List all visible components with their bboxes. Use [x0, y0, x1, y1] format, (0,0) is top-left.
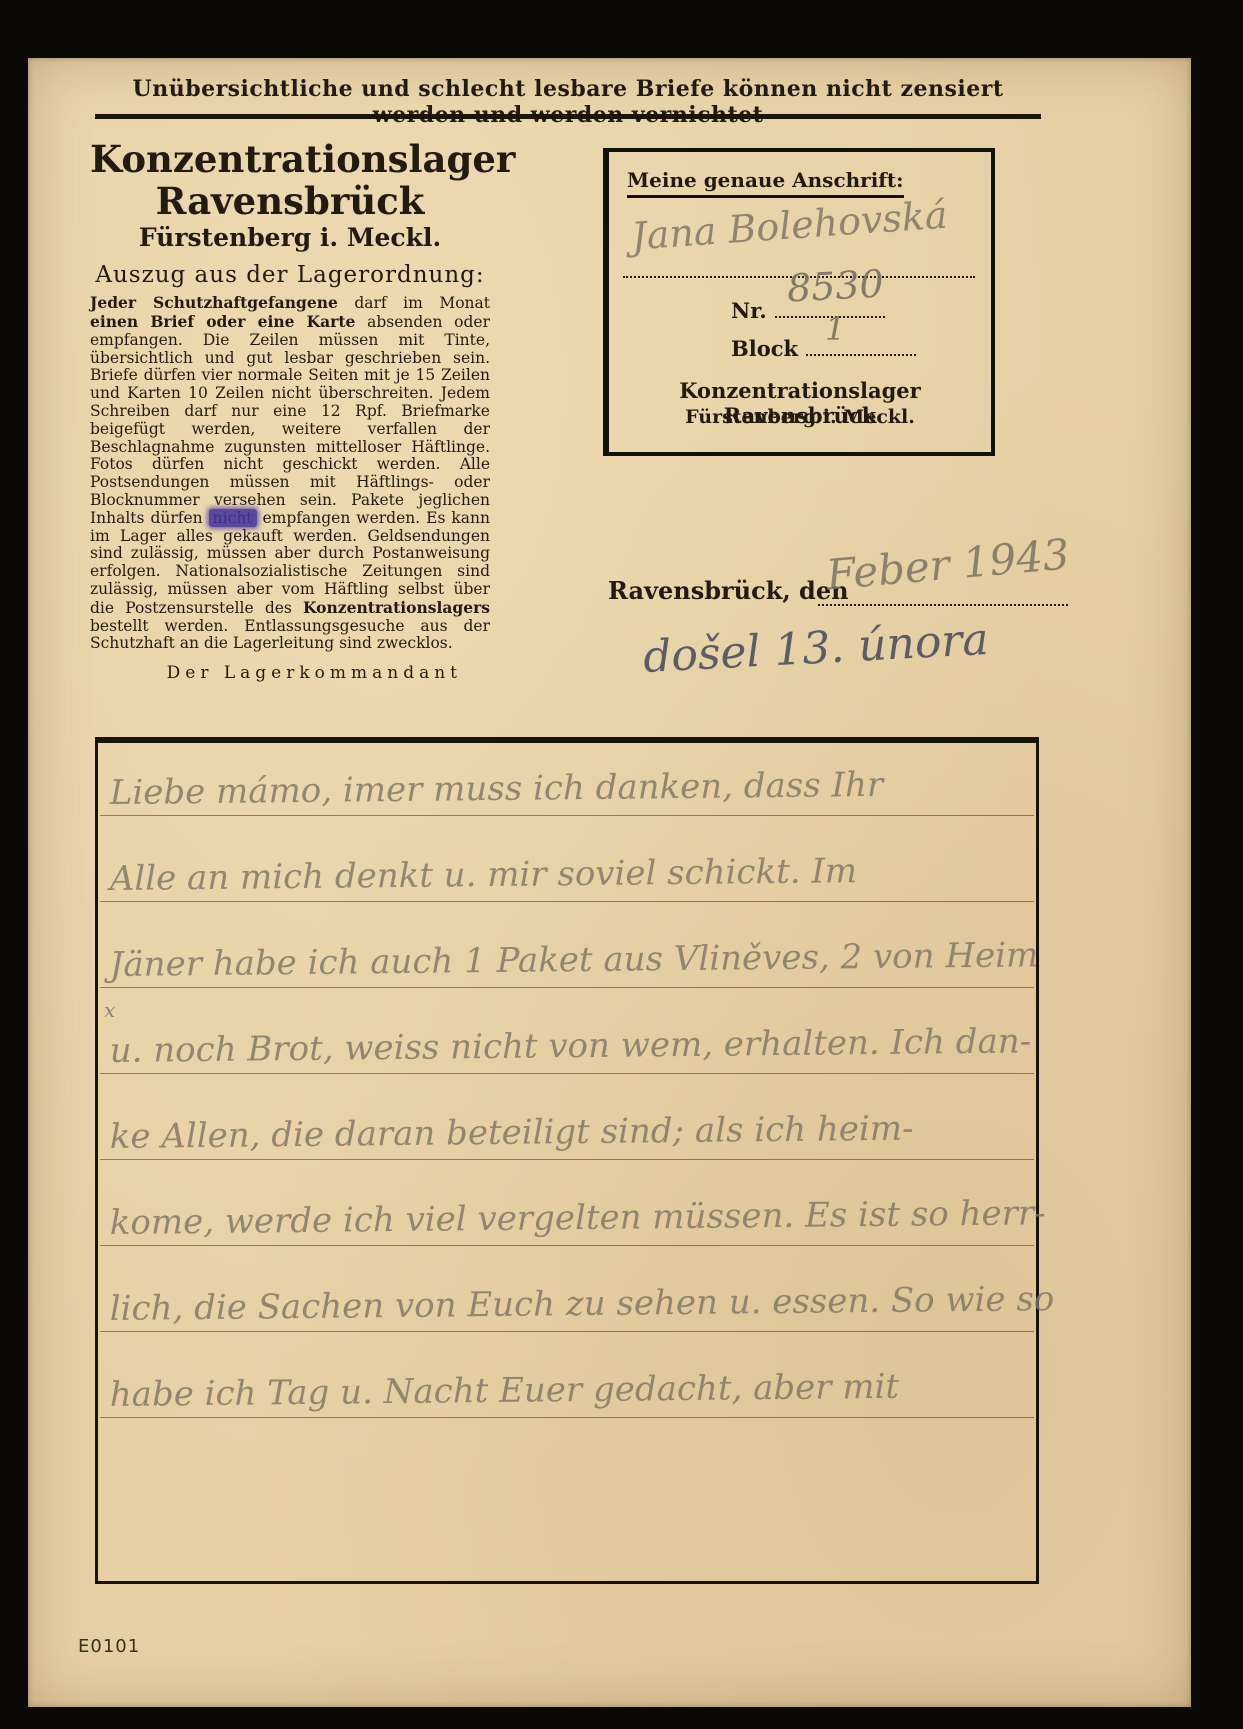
letter-line: Jäner habe ich auch 1 Paket aus Vliněves…: [100, 902, 1034, 988]
block-label: Block: [731, 336, 798, 361]
letter-line-text: Liebe mámo, imer muss ich danken, dass I…: [110, 765, 884, 813]
censor-stamp-overprint: nicht: [209, 509, 257, 527]
regulations-column: Konzentrationslager Ravensbrück Fürstenb…: [90, 138, 490, 683]
letter-line: ke Allen, die daran beteiligt sind; als …: [100, 1074, 1034, 1160]
block-number-row: Block: [731, 336, 916, 361]
camp-title-line1: Konzentrationslager: [90, 138, 490, 181]
address-camp-line2: Fürstenberg i. Meckl.: [609, 406, 991, 428]
letter-body-box: x Liebe mámo, imer muss ich danken, dass…: [95, 737, 1039, 1584]
letter-line: u. noch Brot, weiss nicht von wem, erhal…: [100, 988, 1034, 1074]
letter-line-text: ke Allen, die daran beteiligt sind; als …: [110, 1109, 914, 1157]
form-code: E0101: [78, 1636, 140, 1657]
date-line: Ravensbrück, den Feber 1943: [608, 558, 1058, 618]
letter-line-text: u. noch Brot, weiss nicht von wem, erhal…: [110, 1021, 1032, 1071]
block-dotted-line: [806, 338, 916, 356]
letter-line-text: Alle an mich denkt u. mir soviel schickt…: [110, 851, 858, 899]
letter-line: Liebe mámo, imer muss ich danken, dass I…: [100, 743, 1034, 816]
date-dotted-line: [818, 604, 1068, 606]
date-printed-label: Ravensbrück, den: [608, 576, 849, 605]
address-label: Meine genaue Anschrift:: [627, 168, 904, 198]
letter-line-text: lich, die Sachen von Euch zu sehen u. es…: [110, 1279, 1055, 1329]
letter-line-text: habe ich Tag u. Nacht Euer gedacht, aber…: [110, 1367, 900, 1415]
letter-line-text: kome, werde ich viel vergelten müssen. E…: [110, 1193, 1046, 1243]
letter-line: kome, werde ich viel vergelten müssen. E…: [100, 1160, 1034, 1246]
scanned-letter-page: { "banner": { "text": "Unübersichtliche …: [0, 0, 1243, 1729]
camp-title-line2: Ravensbrück: [90, 181, 490, 222]
letter-line: habe ich Tag u. Nacht Euer gedacht, aber…: [100, 1332, 1034, 1418]
commandant-signature-line: Der Lagerkommandant: [90, 663, 490, 683]
camp-title-line3: Fürstenberg i. Meckl.: [90, 223, 490, 252]
letter-line: lich, die Sachen von Euch zu sehen u. es…: [100, 1246, 1034, 1332]
censorship-banner: Unübersichtliche und schlecht lesbare Br…: [83, 76, 1053, 128]
date-handwritten: Feber 1943: [824, 529, 1071, 599]
address-box: Meine genaue Anschrift: Jana Bolehovská …: [603, 148, 995, 456]
letter-line-text: Jäner habe ich auch 1 Paket aus Vliněves…: [110, 935, 1039, 985]
banner-divider-rule: [95, 114, 1041, 119]
regulations-title: Auszug aus der Lagerordnung:: [90, 262, 490, 288]
letter-lines: Liebe mámo, imer muss ich danken, dass I…: [98, 743, 1036, 1418]
regulations-text: Jeder Schutzhaftgefangene darf im Monat …: [90, 294, 490, 653]
letter-line: Alle an mich denkt u. mir soviel schickt…: [100, 816, 1034, 902]
scanned-paper: Unübersichtliche und schlecht lesbare Br…: [28, 58, 1191, 1707]
received-note-handwritten: došel 13. února: [642, 614, 990, 683]
prisoner-number-handwritten: 8530: [786, 261, 885, 310]
nr-label: Nr.: [731, 298, 767, 323]
block-number-handwritten: 1: [825, 310, 845, 348]
